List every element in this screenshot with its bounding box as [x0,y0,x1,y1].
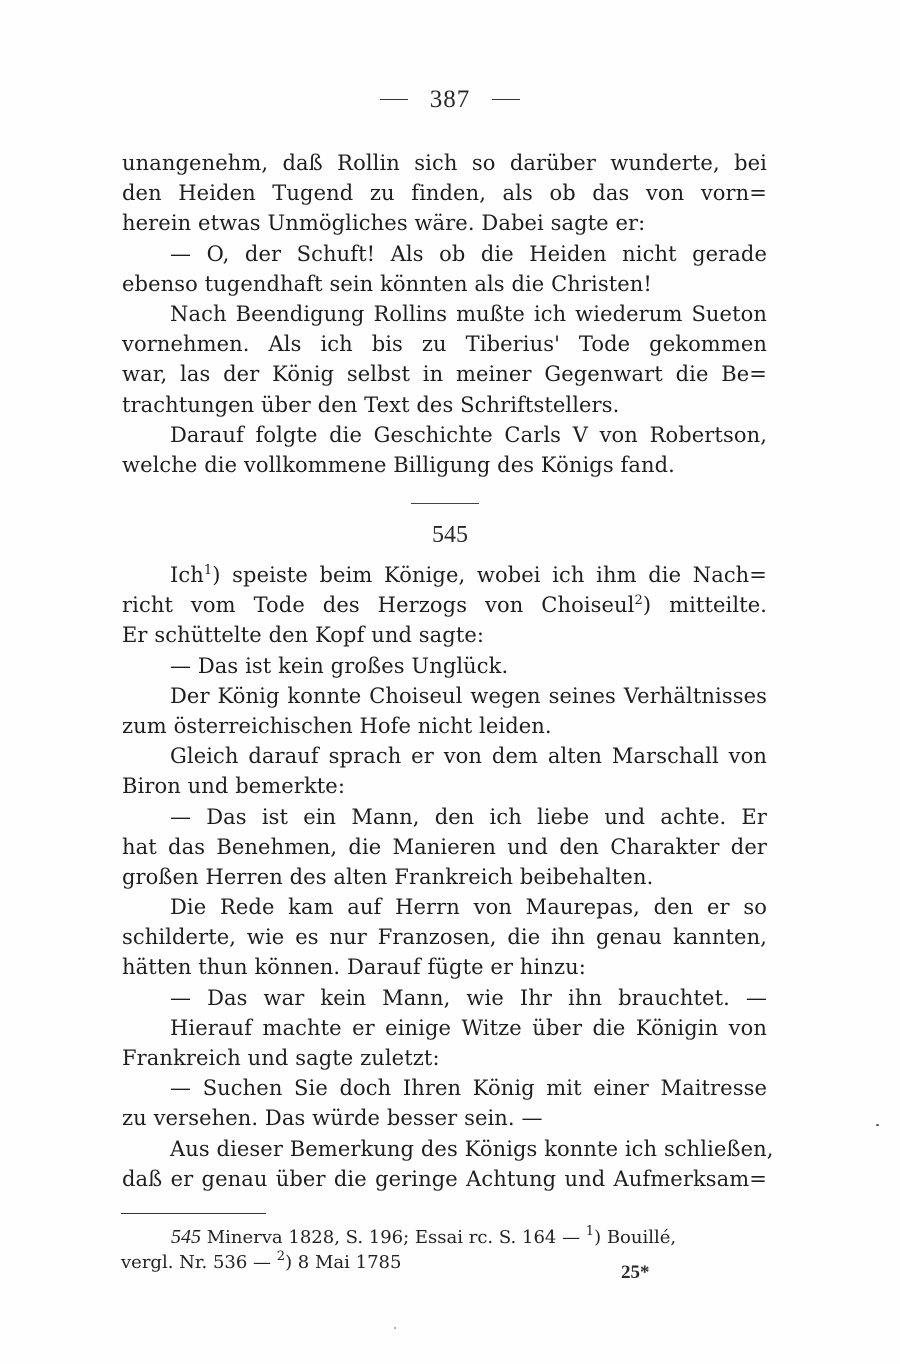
text-line: Darauf folgte die Geschichte Carls V von… [122,420,767,450]
footnotes: 545 Minerva 1828, S. 196; Essai rc. S. 1… [121,1224,766,1276]
text-line: Er schüttelte den Kopf und sagte: [122,620,767,650]
section-545: Ich1) speiste beim Könige, wobei ich ihm… [122,560,767,1194]
footnote-mark-2: 2 [277,1249,285,1264]
text-line: großen Herren des alten Frankreich beibe… [122,862,767,892]
text-line: hätten thun können. Darauf fügte er hinz… [122,952,767,982]
text-line: ebenso tugendhaft sein könnten als die C… [122,269,767,299]
text-line: unangenehm, daß Rollin sich so darüber w… [122,148,767,178]
text-line: herein etwas Unmögliches wäre. Dabei sag… [122,208,767,238]
text-line: war, las der König selbst in meiner Gege… [122,359,767,389]
text-line: Biron und bemerkte: [122,771,767,801]
text-line: — O, der Schuft! Als ob die Heiden nicht… [122,239,767,269]
text-line: — Das war kein Mann, wie Ihr ihn braucht… [122,983,767,1013]
text-line: richt vom Tode des Herzogs von Choiseul2… [122,590,767,620]
footnote-ref-1: 1 [204,563,212,578]
text-line: Frankreich und sagte zuletzt: [122,1043,767,1073]
footnote-line: vergl. Nr. 536 — 2) 8 Mai 1785 [121,1250,766,1276]
footnote-divider [121,1213,266,1214]
footnote-line: 545 Minerva 1828, S. 196; Essai rc. S. 1… [121,1224,766,1250]
running-head-dash-right [492,99,520,100]
text-line: den Heiden Tugend zu finden, als ob das … [122,178,767,208]
section-continuation: unangenehm, daß Rollin sich so darüber w… [122,148,767,480]
text-line: Aus dieser Bemerkung des Königs konnte i… [122,1134,767,1164]
signature-mark: 25* [621,1262,650,1284]
running-head-dash-left [380,99,408,100]
text-line: — Suchen Sie doch Ihren König mit einer … [122,1073,767,1103]
footnote-section-ref: 545 [171,1226,201,1248]
book-page: 387 unangenehm, daß Rollin sich so darüb… [0,0,900,1364]
text-line: Der König konnte Choiseul wegen seines V… [122,681,767,711]
text-line: Ich1) speiste beim Könige, wobei ich ihm… [122,560,767,590]
text-line: Die Rede kam auf Herrn von Maurepas, den… [122,892,767,922]
text-line: vornehmen. Als ich bis zu Tiberius' Tode… [122,329,767,359]
page-number: 387 [430,86,471,113]
running-head: 387 [0,86,900,114]
text-line: welche die vollkommene Billigung des Kön… [122,450,767,480]
text-line: daß er genau über die geringe Achtung un… [122,1164,767,1194]
section-divider [411,503,479,504]
footnote-ref-2: 2 [634,593,642,608]
text-line: schilderte, wie es nur Franzosen, die ih… [122,922,767,952]
section-number: 545 [0,522,900,549]
text-line: hat das Benehmen, die Manieren und den C… [122,832,767,862]
text-line: zu versehen. Das würde besser sein. — [122,1103,767,1133]
text-line: — Das ist ein Mann, den ich liebe und ac… [122,802,767,832]
text-line: Nach Beendigung Rollins mußte ich wieder… [122,299,767,329]
text-line: — Das ist kein großes Unglück. [122,651,767,681]
text-line: Gleich darauf sprach er von dem alten Ma… [122,741,767,771]
scan-speck [394,1327,396,1329]
text-line: zum österreichischen Hofe nicht leiden. [122,711,767,741]
footnote-mark-1: 1 [586,1224,594,1239]
scan-speck [876,1124,879,1126]
text-line: trachtungen über den Text des Schriftste… [122,390,767,420]
text-line: Hierauf machte er einige Witze über die … [122,1013,767,1043]
